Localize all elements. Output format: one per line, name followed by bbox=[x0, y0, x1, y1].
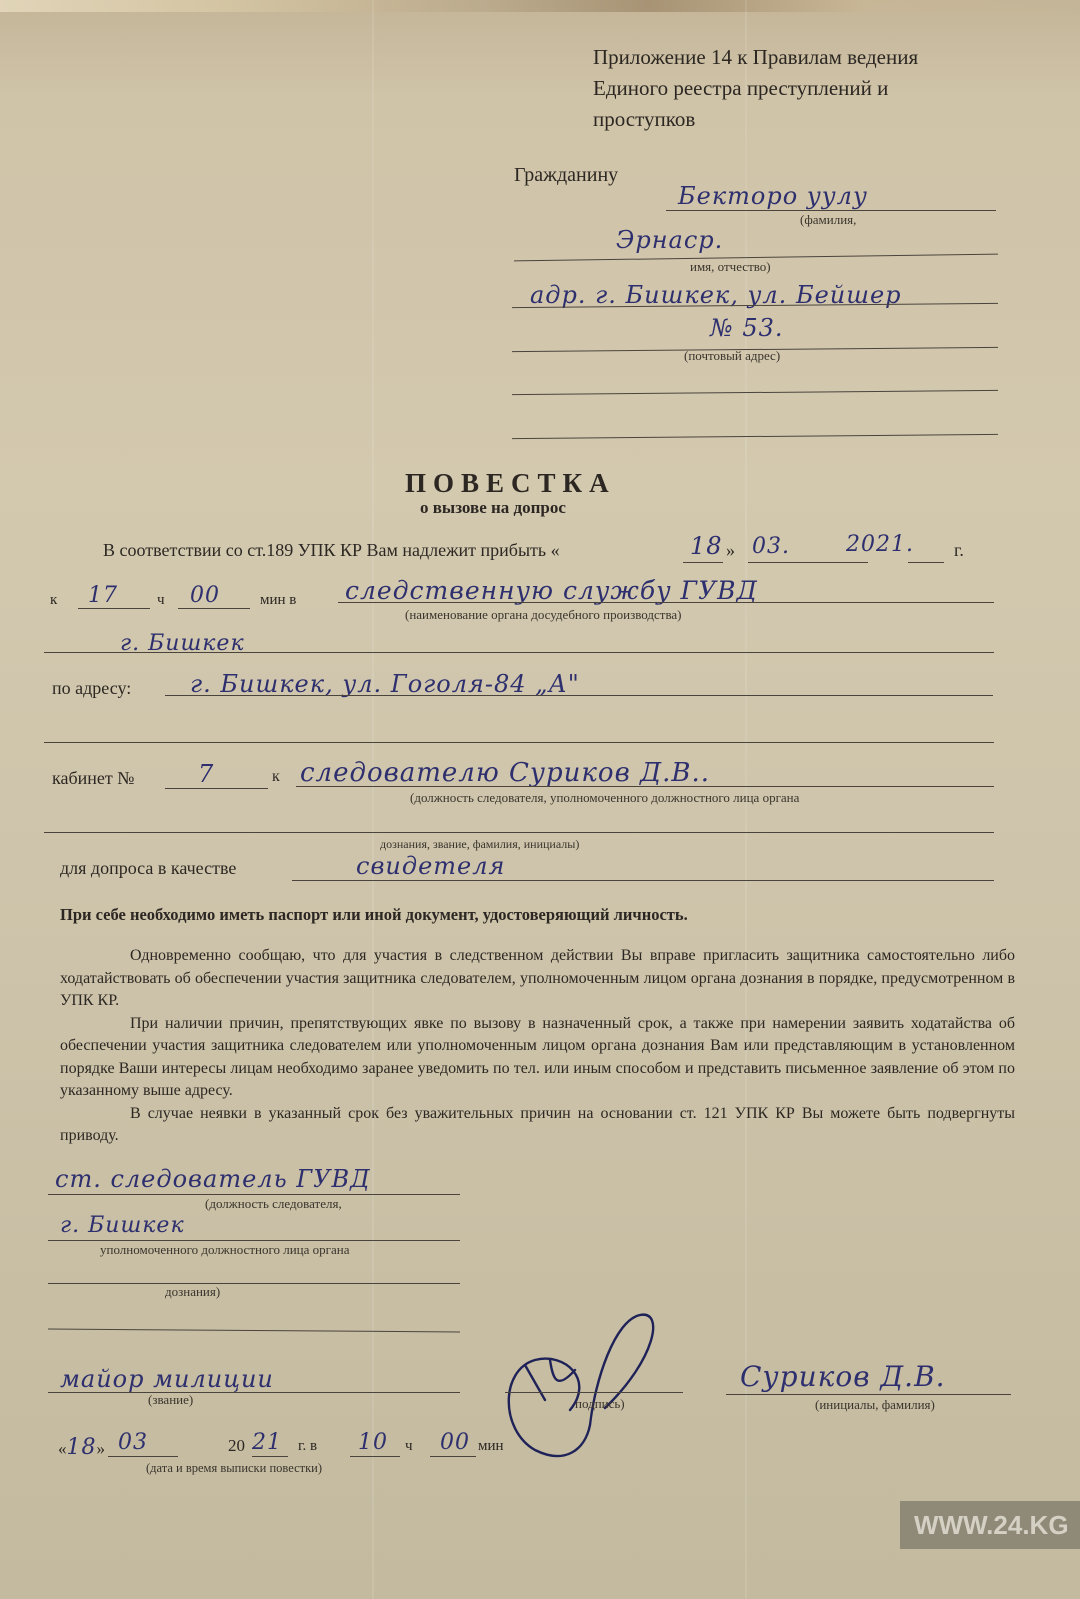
issue-hour-label: ч bbox=[405, 1438, 413, 1455]
appendix-header: Приложение 14 к Правилам ведения Единого… bbox=[593, 42, 918, 135]
issue-year-label: г. в bbox=[298, 1438, 317, 1455]
document-subtitle: о вызове на допрос bbox=[420, 498, 566, 518]
signer-name-line bbox=[726, 1394, 1011, 1395]
recipient-surname: Бекторо уулу bbox=[678, 182, 868, 210]
hour-line bbox=[78, 608, 150, 609]
passport-notice: При себе необходимо иметь паспорт или ин… bbox=[60, 905, 688, 925]
year-line bbox=[908, 562, 944, 563]
site-watermark: WWW.24.KG bbox=[900, 1501, 1080, 1549]
officer-line-2 bbox=[44, 832, 994, 833]
officer-caption-2: дознания, звание, фамилия, инициалы) bbox=[380, 837, 579, 852]
issue-hour-line bbox=[350, 1456, 400, 1457]
summons-year-suffix: г. bbox=[954, 540, 964, 561]
paper-top-edge bbox=[0, 0, 1080, 12]
address-line-3 bbox=[512, 390, 998, 395]
hour-label: ч bbox=[157, 592, 165, 609]
paragraph-no-show: В случае неявки в указанный срок без ува… bbox=[60, 1103, 1015, 1148]
issue-datetime: «18» bbox=[58, 1435, 105, 1460]
name-caption: имя, отчество) bbox=[690, 259, 771, 275]
issue-minute: 00 bbox=[440, 1430, 470, 1455]
signer-rank: майор милиции bbox=[60, 1365, 274, 1393]
paragraph-absence-reasons: При наличии причин, препятствующих явке … bbox=[60, 1013, 1015, 1103]
signature-caption: подпись) bbox=[575, 1396, 625, 1412]
to-label: к bbox=[272, 768, 280, 786]
signer-name: Суриков Д.В. bbox=[740, 1360, 946, 1393]
issue-day: 18 bbox=[67, 1435, 97, 1460]
signature-line bbox=[505, 1392, 683, 1393]
appendix-line: Приложение 14 к Правилам ведения bbox=[593, 42, 918, 73]
signer-position-line-3 bbox=[48, 1283, 460, 1284]
organ-line bbox=[338, 602, 994, 603]
cabinet-label: кабинет № bbox=[52, 768, 134, 789]
officer-line bbox=[296, 786, 994, 787]
address-caption: (почтовый адрес) bbox=[684, 348, 780, 364]
role-line bbox=[292, 880, 994, 881]
signer-position-caption-2: уполномоченного должностного лица органа bbox=[100, 1242, 349, 1258]
recipient-name: Эрнаср. bbox=[616, 226, 723, 254]
appendix-line: проступков bbox=[593, 104, 918, 135]
organ-handwritten: следственную службу ГУВД bbox=[345, 576, 758, 605]
signer-rank-line bbox=[48, 1392, 460, 1393]
address-line-4 bbox=[512, 434, 998, 439]
summons-address-label: по адресу: bbox=[52, 678, 131, 699]
summons-address: г. Бишкек, ул. Гоголя-84 „А" bbox=[190, 670, 580, 698]
summons-address-line bbox=[165, 695, 993, 696]
officer-handwritten: следователю Суриков Д.В.. bbox=[300, 758, 710, 788]
signer-position-line-2 bbox=[48, 1240, 460, 1241]
time-k-label: к bbox=[50, 592, 57, 609]
issue-hour: 10 bbox=[358, 1430, 388, 1455]
appendix-line: Единого реестра преступлений и bbox=[593, 73, 918, 104]
summons-year: 2021. bbox=[846, 532, 914, 557]
cabinet-line bbox=[165, 788, 268, 789]
surname-line bbox=[666, 210, 996, 211]
organ-caption: (наименование органа досудебного произво… bbox=[405, 607, 682, 623]
month-line bbox=[748, 562, 868, 563]
signer-blank-line bbox=[48, 1329, 460, 1333]
surname-caption: (фамилия, bbox=[800, 212, 856, 228]
summons-intro-text: В соответствии со ст.189 УПК КР Вам надл… bbox=[103, 540, 560, 560]
document-title: ПОВЕСТКА bbox=[405, 468, 616, 499]
recipient-label: Гражданину bbox=[514, 164, 618, 187]
issue-minute-line bbox=[430, 1456, 476, 1457]
organ-line-2 bbox=[44, 652, 994, 653]
issue-close-quote: » bbox=[97, 1439, 106, 1458]
signer-position-line2: г. Бишкек bbox=[60, 1213, 185, 1238]
role-handwritten: свидетеля bbox=[356, 852, 505, 880]
summons-month: 03. bbox=[752, 534, 790, 559]
recipient-address-2: № 53. bbox=[710, 314, 784, 342]
rights-paragraphs: Одновременно сообщаю, что для участия в … bbox=[60, 945, 1015, 1148]
day-line bbox=[683, 562, 723, 563]
signer-position: ст. следователь ГУВД bbox=[55, 1165, 371, 1193]
issue-year-line bbox=[252, 1456, 288, 1457]
issue-month-line bbox=[108, 1456, 178, 1457]
summons-day: 18 bbox=[690, 532, 723, 560]
role-label: для допроса в качестве bbox=[60, 858, 236, 879]
paper-fold bbox=[372, 0, 374, 1599]
signer-position-caption-3: дознания) bbox=[165, 1284, 220, 1300]
minute-label: мин в bbox=[260, 592, 296, 609]
summons-hour: 17 bbox=[88, 583, 118, 608]
signer-position-line bbox=[48, 1194, 460, 1195]
issue-year-prefix: 20 bbox=[228, 1436, 245, 1456]
signature-scribble bbox=[495, 1300, 685, 1460]
summons-intro: В соответствии со ст.189 УПК КР Вам надл… bbox=[103, 540, 560, 561]
summons-minute: 00 bbox=[190, 583, 220, 608]
signer-position-caption: (должность следователя, bbox=[205, 1196, 342, 1212]
signer-rank-caption: (звание) bbox=[148, 1392, 193, 1408]
summons-quote-close: » bbox=[726, 540, 735, 561]
issue-month: 03 bbox=[118, 1430, 148, 1455]
paragraph-defender: Одновременно сообщаю, что для участия в … bbox=[60, 945, 1015, 1013]
issue-year-suffix: 21 bbox=[252, 1430, 282, 1455]
summons-address-line-2 bbox=[44, 742, 994, 743]
cabinet-number: 7 bbox=[198, 760, 214, 788]
signer-name-caption: (инициалы, фамилия) bbox=[815, 1397, 935, 1413]
issue-minute-label: мин bbox=[478, 1438, 504, 1455]
issue-caption: (дата и время выписки повестки) bbox=[146, 1461, 322, 1476]
officer-caption-1: (должность следователя, уполномоченного … bbox=[410, 790, 799, 806]
minute-line bbox=[178, 608, 250, 609]
issue-open-quote: « bbox=[58, 1439, 67, 1458]
